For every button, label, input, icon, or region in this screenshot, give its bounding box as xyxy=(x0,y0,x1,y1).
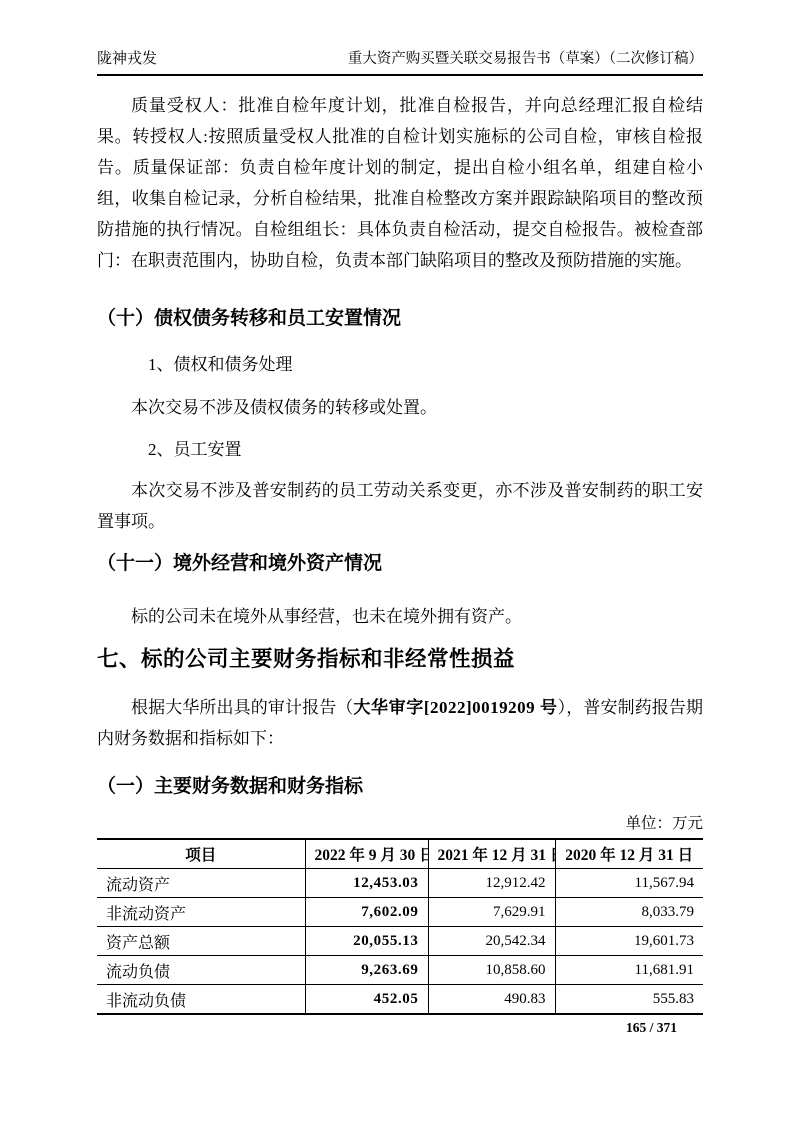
table-row-noncurrent-assets: 非流动资产 7,602.09 7,629.91 8,033.79 xyxy=(97,898,703,927)
table-cell-value-2022: 20,055.13 xyxy=(305,927,428,956)
table-row-total-assets: 资产总额 20,055.13 20,542.34 19,601.73 xyxy=(97,927,703,956)
paragraph-self-inspection: 质量受权人：批准自检年度计划，批准自检报告，并向总经理汇报自检结果。转授权人:按… xyxy=(97,90,703,276)
header-company-name: 陇神戎发 xyxy=(97,50,157,69)
table-cell-item: 非流动资产 xyxy=(97,898,305,927)
document-page: 陇神戎发 重大资产购买暨关联交易报告书（草案）（二次修订稿） 质量受权人：批准自… xyxy=(97,0,703,1015)
page-footer: 165 / 371 xyxy=(626,1020,677,1036)
table-cell-value-2021: 10,858.60 xyxy=(428,956,555,985)
table-cell-value-2022: 9,263.69 xyxy=(305,956,428,985)
list-item-debt-handling: 1、债权和债务处理 xyxy=(97,349,703,380)
table-header-item: 项目 xyxy=(97,839,305,869)
table-header-row: 项目 2022 年 9 月 30 日 2021 年 12 月 31 日 2020… xyxy=(97,839,703,869)
table-cell-value-2020: 19,601.73 xyxy=(555,927,703,956)
heading-section-7: 七、标的公司主要财务指标和非经常性损益 xyxy=(97,644,703,674)
audit-report-number: 大华审字[2022]0019209 号 xyxy=(353,698,557,717)
page-header: 陇神戎发 重大资产购买暨关联交易报告书（草案）（二次修订稿） xyxy=(97,0,703,76)
table-row-noncurrent-liabilities: 非流动负债 452.05 490.83 555.83 xyxy=(97,985,703,1015)
table-cell-value-2020: 8,033.79 xyxy=(555,898,703,927)
table-cell-item: 非流动负债 xyxy=(97,985,305,1015)
table-row-current-liabilities: 流动负债 9,263.69 10,858.60 11,681.91 xyxy=(97,956,703,985)
table-cell-value-2020: 11,567.94 xyxy=(555,869,703,898)
table-header-2020: 2020 年 12 月 31 日 xyxy=(555,839,703,869)
table-cell-item: 流动资产 xyxy=(97,869,305,898)
heading-section-11: （十一）境外经营和境外资产情况 xyxy=(97,551,703,577)
table-header-2021: 2021 年 12 月 31 日 xyxy=(428,839,555,869)
table-cell-value-2020: 11,681.91 xyxy=(555,956,703,985)
paragraph-audit-report: 根据大华所出具的审计报告（大华审字[2022]0019209 号），普安制药报告… xyxy=(97,692,703,754)
table-cell-item: 资产总额 xyxy=(97,927,305,956)
table-cell-value-2021: 490.83 xyxy=(428,985,555,1015)
table-cell-value-2022: 12,453.03 xyxy=(305,869,428,898)
header-doc-title: 重大资产购买暨关联交易报告书（草案）（二次修订稿） xyxy=(348,50,703,69)
table-cell-value-2021: 20,542.34 xyxy=(428,927,555,956)
table-cell-value-2021: 12,912.42 xyxy=(428,869,555,898)
list-item-employee-placement: 2、员工安置 xyxy=(97,434,703,465)
paragraph-debt: 本次交易不涉及债权债务的转移或处置。 xyxy=(97,392,703,423)
table-header-2022: 2022 年 9 月 30 日 xyxy=(305,839,428,869)
page-number: 165 / 371 xyxy=(626,1020,677,1035)
heading-subsection-1: （一）主要财务数据和财务指标 xyxy=(97,774,703,800)
table-cell-value-2022: 7,602.09 xyxy=(305,898,428,927)
table-cell-value-2020: 555.83 xyxy=(555,985,703,1015)
table-cell-value-2021: 7,629.91 xyxy=(428,898,555,927)
heading-section-10: （十）债权债务转移和员工安置情况 xyxy=(97,306,703,332)
paragraph-overseas: 标的公司未在境外从事经营，也未在境外拥有资产。 xyxy=(97,601,703,632)
table-cell-item: 流动负债 xyxy=(97,956,305,985)
table-cell-value-2022: 452.05 xyxy=(305,985,428,1015)
audit-text-pre: 根据大华所出具的审计报告（ xyxy=(131,698,353,717)
table-row-current-assets: 流动资产 12,453.03 12,912.42 11,567.94 xyxy=(97,869,703,898)
paragraph-employee: 本次交易不涉及普安制药的员工劳动关系变更，亦不涉及普安制药的职工安置事项。 xyxy=(97,475,703,537)
table-unit-label: 单位：万元 xyxy=(97,814,703,834)
financial-data-table: 项目 2022 年 9 月 30 日 2021 年 12 月 31 日 2020… xyxy=(97,838,703,1015)
